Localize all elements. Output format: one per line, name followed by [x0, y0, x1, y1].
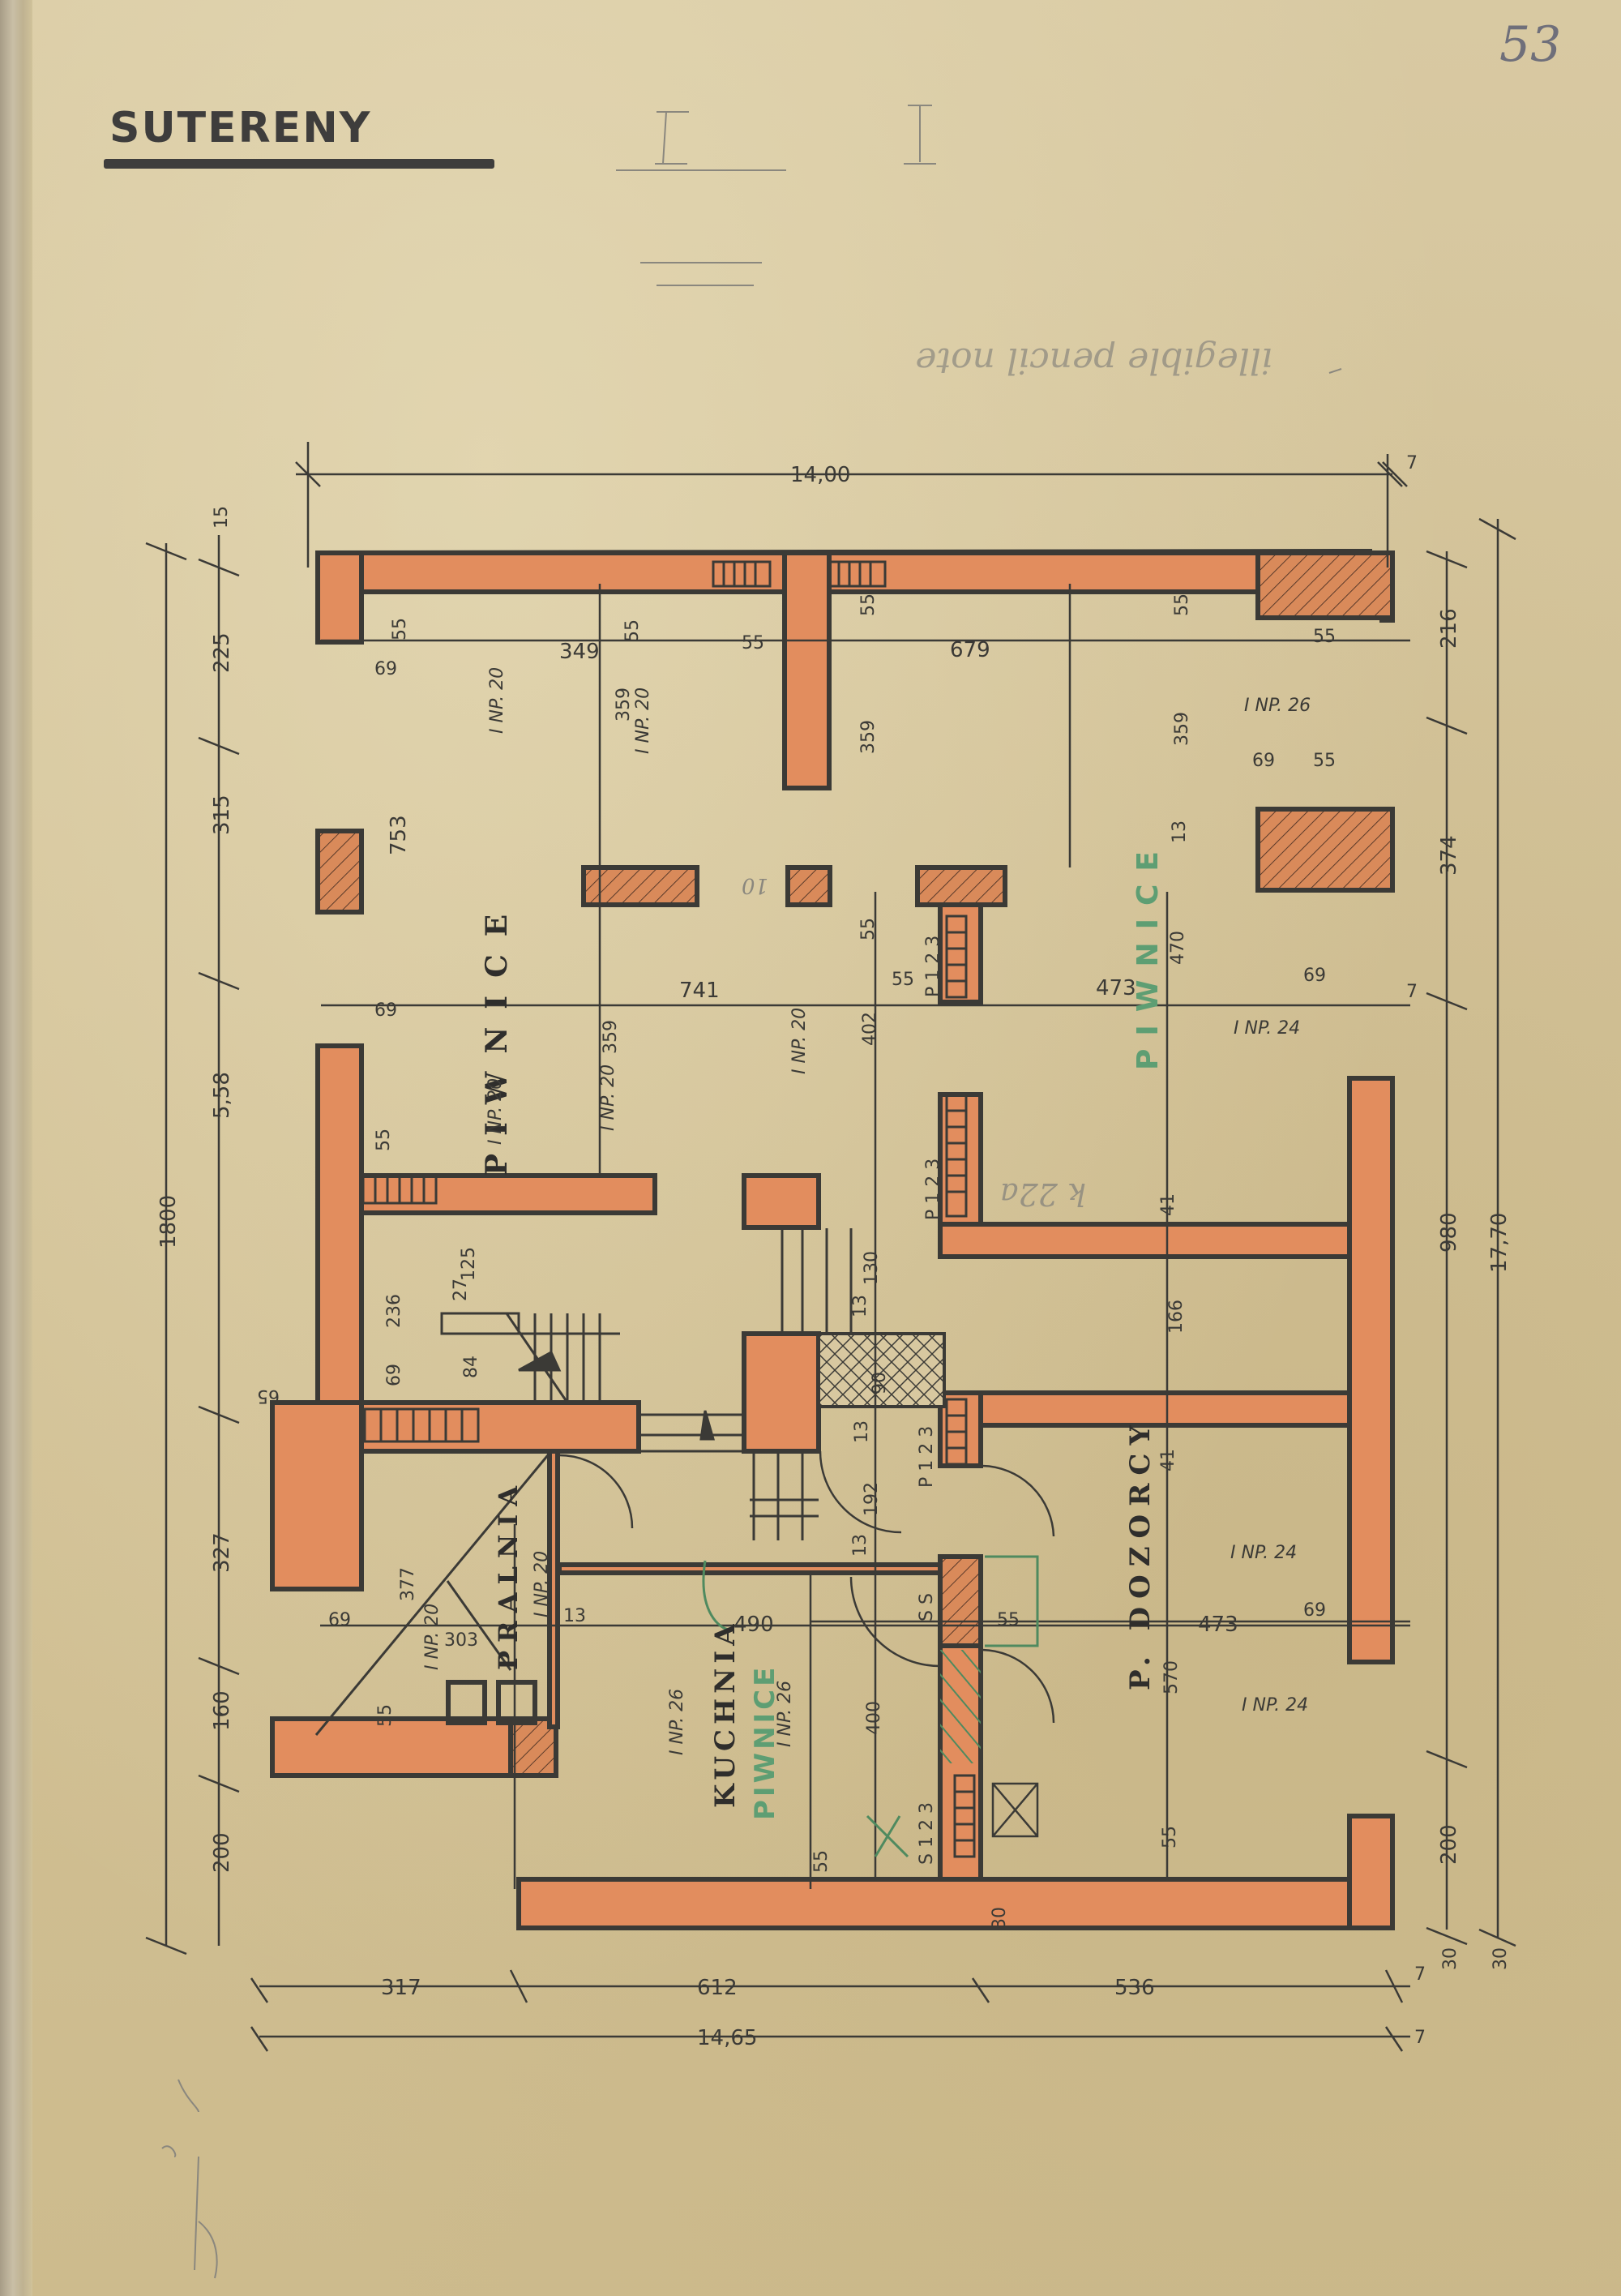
green-hatch-mark: [940, 1650, 981, 1763]
dim-13-c: 13: [852, 1420, 872, 1443]
dim-359-d: 359: [601, 1020, 621, 1054]
dim-125: 125: [459, 1247, 479, 1281]
dim-69-a: 69: [374, 659, 397, 679]
stair-code-ss: S S: [917, 1593, 937, 1621]
floor-mark-inp20-c: I NP. 20: [485, 1078, 506, 1145]
pencil-dim-10: 10: [742, 873, 768, 897]
dim-69-e: 69: [384, 1364, 404, 1386]
dim-left-seg-3: 315: [210, 795, 234, 835]
dim-41-a: 41: [1158, 1193, 1178, 1216]
dim-303: 303: [444, 1630, 478, 1651]
dim-84: 84: [461, 1356, 481, 1378]
dim-55-l: 55: [811, 1850, 832, 1873]
dim-55-h: 55: [374, 1129, 394, 1151]
floor-mark-inp20-f: I NP. 20: [532, 1551, 552, 1617]
dim-90: 90: [870, 1372, 890, 1394]
floor-mark-inp24-c: I NP. 24: [1242, 1695, 1308, 1716]
walls: [272, 551, 1392, 1928]
room-label-pokoj-dozorcy: P. DOZORCY: [1124, 1417, 1157, 1690]
dim-473-a: 473: [1096, 976, 1136, 1000]
dim-13-e: 13: [563, 1606, 586, 1626]
floor-mark-inp20-d: I NP. 20: [598, 1064, 618, 1131]
dim-right-offset-2: 30: [1491, 1947, 1511, 1970]
floor-mark-inp20-a: I NP. 20: [487, 667, 507, 734]
dim-69-g: 69: [1303, 1600, 1326, 1621]
dim-right-seg-1: 216: [1437, 608, 1461, 649]
dim-69-f: 69: [328, 1610, 351, 1630]
dim-166: 166: [1166, 1300, 1187, 1334]
dim-55-n: 55: [997, 1610, 1020, 1630]
dim-bottom-offset-1: 7: [1414, 1964, 1426, 1985]
dim-top-offset: 7: [1406, 453, 1418, 473]
dim-55-f: 55: [1313, 627, 1336, 647]
dim-55-i: 55: [858, 918, 879, 940]
dim-570: 570: [1161, 1660, 1182, 1694]
dim-192: 192: [862, 1482, 882, 1516]
dim-bottom-seg-3: 536: [1114, 1976, 1155, 2000]
dim-402: 402: [860, 1012, 880, 1046]
dim-359-c: 359: [1172, 712, 1192, 746]
floor-mark-inp26-a: I NP. 26: [1244, 696, 1311, 716]
dim-13-a: 13: [1170, 820, 1190, 843]
dim-679: 679: [950, 638, 990, 662]
pencil-room-note: k 22a: [1000, 1176, 1086, 1212]
dim-right-seg-2: 374: [1437, 835, 1461, 876]
dim-55-b: 55: [742, 633, 764, 653]
stair-code-p123-a: P 1 2 3: [923, 936, 943, 997]
floor-mark-inp24-a: I NP. 24: [1234, 1018, 1300, 1039]
dim-left-seg-6: 160: [210, 1690, 234, 1731]
dim-359-b: 359: [858, 720, 879, 754]
room-label-kuchnia: KUCHNIA: [709, 1619, 742, 1808]
dim-left-small: 65: [257, 1386, 280, 1406]
dim-left-seg-4: 5,58: [210, 1072, 234, 1119]
dim-69-d: 69: [1303, 966, 1326, 986]
floor-mark-inp20-b: I NP. 20: [633, 688, 653, 754]
dim-27: 27: [451, 1279, 471, 1301]
dim-left-seg-7: 200: [210, 1832, 234, 1873]
dim-377: 377: [398, 1567, 418, 1601]
dim-490: 490: [734, 1613, 774, 1637]
dim-right-seg-4: 200: [1437, 1824, 1461, 1865]
dim-349: 349: [559, 640, 600, 664]
dim-55-e: 55: [1172, 593, 1192, 616]
dim-473-b: 473: [1198, 1613, 1238, 1637]
dim-top-overall: 14,00: [790, 463, 850, 487]
pencil-marks: [616, 105, 936, 285]
dim-bottom-offset-2: 7: [1414, 2028, 1426, 2048]
dim-right-seg-3: 980: [1437, 1212, 1461, 1253]
dim-55-d: 55: [858, 593, 879, 616]
floor-mark-inp24-b: I NP. 24: [1230, 1543, 1297, 1563]
dim-236: 236: [384, 1294, 404, 1328]
stair-code-p12: P 1 2 3: [917, 1426, 937, 1488]
dim-13-d: 13: [850, 1534, 870, 1557]
stair-code-s123: S 1 2 3: [917, 1802, 937, 1865]
dim-left-seg-1: 15: [212, 506, 232, 529]
dim-bottom-seg-2: 612: [697, 1976, 738, 2000]
dim-41-b: 41: [1158, 1449, 1178, 1471]
dim-bottom-seg-1: 317: [381, 1976, 421, 2000]
dim-400: 400: [864, 1701, 884, 1735]
dim-55-m: 55: [1160, 1826, 1180, 1848]
room-label-pralnia: PRALNIA: [493, 1478, 524, 1670]
dim-right-offset-1: 30: [1440, 1947, 1461, 1970]
dim-470: 470: [1168, 931, 1188, 965]
stair-code-p123-b: P 1 2 3: [923, 1159, 943, 1220]
dim-55-g: 55: [1313, 751, 1336, 771]
dim-55-a: 55: [390, 618, 410, 640]
floor-plan: illegible pencil note: [0, 0, 1621, 2296]
dim-741: 741: [679, 979, 720, 1003]
pencil-note-upside-down: illegible pencil note: [915, 340, 1272, 381]
dim-55-c: 55: [622, 619, 643, 642]
dim-359-a: 359: [614, 688, 634, 722]
chimney-block: [819, 1334, 944, 1407]
dim-55-j: 55: [892, 970, 914, 990]
dim-left-overall: 1800: [156, 1195, 181, 1249]
dim-69-b: 69: [1252, 751, 1275, 771]
dim-bottom-overall: 14,65: [697, 2026, 757, 2050]
dim-30: 30: [990, 1907, 1010, 1930]
floor-mark-inp20-e: I NP. 20: [789, 1008, 810, 1074]
floor-mark-inp26-b: I NP. 26: [667, 1689, 687, 1755]
dim-69-c: 69: [374, 1000, 397, 1021]
floor-mark-inp26-c: I NP. 26: [775, 1681, 795, 1747]
dim-55-k: 55: [375, 1704, 396, 1727]
room-label-piwnice-right: PIWNICE: [1131, 838, 1165, 1070]
dim-130: 130: [862, 1251, 882, 1285]
dim-right-overall: 17,70: [1487, 1213, 1512, 1273]
window-box: [993, 1784, 1037, 1836]
dim-13-b: 13: [850, 1295, 870, 1317]
dim-left-seg-2: 225: [210, 632, 234, 673]
dim-left-seg-5: 327: [210, 1532, 234, 1573]
dim-right-offset-3: 7: [1406, 982, 1418, 1002]
floor-mark-inp20-g: I NP. 20: [422, 1604, 443, 1670]
